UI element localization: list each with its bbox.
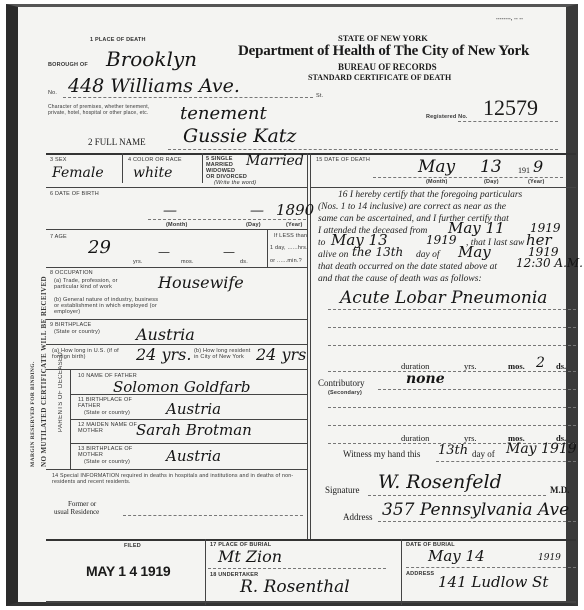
burial-year-value: 1919 [538, 553, 561, 563]
sex-label: 3 SEX [50, 157, 67, 163]
age-days: — [223, 245, 235, 259]
less-hrs-label: 1 day, ......hrs. [270, 245, 308, 251]
birthplace-label: 9 BIRTHPLACE [50, 322, 91, 328]
race-label: 4 COLOR OR RACE [128, 157, 182, 163]
duration-ds-label-primary: ds. [556, 361, 566, 371]
death-day-label: (Day) [484, 179, 499, 185]
birthplace-hint: (State or country) [54, 329, 100, 335]
witness-label: Witness my hand this [343, 449, 420, 459]
death-year-digit: 9 [533, 157, 543, 176]
time-in-nyc-value: 24 yrs [256, 345, 306, 364]
contributory-value: none [406, 371, 445, 387]
birthplace-value: Austria [136, 325, 195, 344]
time-of-death: 12:30 A.M. [516, 256, 583, 270]
mother-birthplace-hint: (State or country) [84, 459, 130, 465]
state-heading: STATE OF NEW YORK [338, 33, 428, 43]
filed-date-stamp: MAY 1 4 1919 [86, 563, 170, 579]
form-number: --------, -- -- [496, 16, 523, 22]
father-birthplace-label: 11 BIRTHPLACE OF FATHER [78, 397, 138, 409]
alive-on-label: alive on [318, 250, 348, 260]
attended-to-label: to [318, 238, 325, 248]
marital-hint: (Write the word) [214, 180, 256, 186]
borough-label: BOROUGH OF [48, 62, 88, 68]
dob-year-label: (Year) [286, 222, 303, 228]
age-months: — [158, 245, 170, 259]
dob-day: — [250, 203, 264, 219]
duration-yrs-label-secondary: yrs. [464, 433, 477, 443]
cause-of-death-value: Acute Lobar Pneumonia [340, 288, 547, 308]
date-of-death-label: 15 DATE OF DEATH [316, 157, 370, 163]
witness-month-year: May 1919 [506, 441, 577, 457]
full-name-label: 2 FULL NAME [88, 137, 146, 147]
attended-to-year: 1919 [426, 233, 457, 247]
dob-month: — [163, 203, 177, 219]
residence-label-usual: usual Residence [54, 508, 99, 516]
registered-number: 12579 [483, 95, 538, 121]
full-name-value: Gussie Katz [183, 125, 296, 147]
occupation-b-label: (b) General nature of industry, business… [54, 297, 164, 315]
bureau-heading: BUREAU OF RECORDS [338, 62, 437, 72]
burial-place-value: Mt Zion [218, 547, 282, 566]
time-in-nyc-label: (b) How long resident in City of New Yor… [194, 348, 256, 360]
cause-label: and that the cause of death was as follo… [318, 274, 482, 284]
borough-value: Brooklyn [106, 47, 197, 71]
death-year-label: (Year) [528, 179, 545, 185]
premises-character-value: tenement [180, 103, 267, 124]
undertaker-address-label: ADDRESS [406, 571, 434, 577]
contributory-label: Contributory [318, 378, 365, 388]
street-address-value: 448 Williams Ave. [68, 75, 240, 97]
signature-label: Signature [325, 485, 360, 495]
margin-binding-note: MARGIN RESERVED FOR BINDING. [30, 137, 36, 467]
death-certificate: MARGIN RESERVED FOR BINDING. NO MUTILATE… [6, 4, 578, 606]
street-no-label: No. [48, 90, 57, 96]
less-min-label: or ......min.? [270, 258, 302, 264]
physician-address-value: 357 Pennsylvania Ave [382, 500, 569, 520]
md-label: M.D. [550, 485, 570, 495]
contributory-hint: (Secondary) [328, 390, 362, 396]
time-in-us-value: 24 yrs. [136, 345, 191, 364]
certify-line-1: 16 I hereby certify that the foregoing p… [338, 190, 522, 200]
registered-no-label: Registered No. [426, 114, 468, 120]
death-day: 13 [480, 157, 502, 177]
death-month-label: (Month) [426, 179, 448, 185]
age-years: 29 [88, 237, 111, 258]
occupation-label: 8 OCCUPATION [50, 270, 93, 276]
age-yrs-label: yrs. [133, 259, 143, 265]
witness-day-of-label: day of [472, 449, 495, 459]
death-month: May [418, 157, 455, 177]
duration-days-value: 2 [536, 355, 545, 371]
dob-label: 6 DATE OF BIRTH [50, 191, 99, 197]
death-year-prefix: 191 [518, 166, 530, 175]
undertaker-address-value: 141 Ludlow St [438, 573, 548, 591]
duration-label-primary: duration [401, 361, 429, 371]
department-heading: Department of Health of The City of New … [238, 43, 529, 60]
age-label: 7 AGE [50, 234, 67, 240]
race-value: white [133, 165, 172, 181]
certify-line-2: (Nos. 1 to 14 inclusive) are correct as … [318, 202, 506, 212]
undertaker-value: R. Rosenthal [240, 577, 350, 597]
special-information-note: 14 Special INFORMATION required in death… [52, 473, 304, 485]
street-suffix-label: St. [316, 93, 323, 99]
premises-character-label: Character of premises, whether tenement,… [48, 104, 168, 116]
physician-signature: W. Rosenfeld [378, 471, 502, 493]
alive-month: May [458, 243, 491, 261]
dob-year: 1890 [276, 201, 314, 219]
witness-day: 13th [438, 443, 468, 458]
duration-label-secondary: duration [401, 433, 429, 443]
mother-name-value: Sarah Brotman [136, 421, 252, 439]
dob-day-label: (Day) [246, 222, 261, 228]
residence-label-former: Former or [68, 500, 96, 508]
mother-birthplace-value: Austria [166, 447, 221, 465]
age-ds-label: ds. [240, 259, 248, 265]
day-of-label: day of [416, 250, 439, 260]
father-birthplace-hint: (State or country) [84, 410, 130, 416]
marital-value: Married [246, 153, 304, 169]
duration-yrs-label-primary: yrs. [464, 361, 477, 371]
father-birthplace-value: Austria [166, 400, 221, 418]
time-in-us-label: (a) How long in U.S. (if of foreign birt… [52, 348, 122, 360]
less-than-label: If LESS than [274, 233, 307, 239]
certificate-title: STANDARD CERTIFICATE OF DEATH [308, 73, 451, 82]
occupation-a-label: (a) Trade, profession, or particular kin… [54, 278, 138, 290]
place-of-death-label: 1 PLACE OF DEATH [90, 37, 146, 43]
duration-mos-label-primary: mos. [508, 361, 525, 371]
occurred-at-label: that death occurred on the date stated a… [318, 262, 497, 272]
mother-birthplace-label: 13 BIRTHPLACE OF MOTHER [78, 446, 138, 458]
filed-label: FILED [124, 543, 141, 549]
burial-date-value: May 14 [428, 547, 485, 565]
dob-month-label: (Month) [166, 222, 188, 228]
occupation-value: Housewife [158, 273, 244, 292]
sex-value: Female [52, 165, 104, 181]
physician-address-label: Address [343, 512, 373, 522]
age-mos-label: mos. [181, 259, 194, 265]
mother-name-label: 12 MAIDEN NAME OF MOTHER [78, 422, 138, 434]
alive-on-value: the 13th [352, 245, 403, 259]
